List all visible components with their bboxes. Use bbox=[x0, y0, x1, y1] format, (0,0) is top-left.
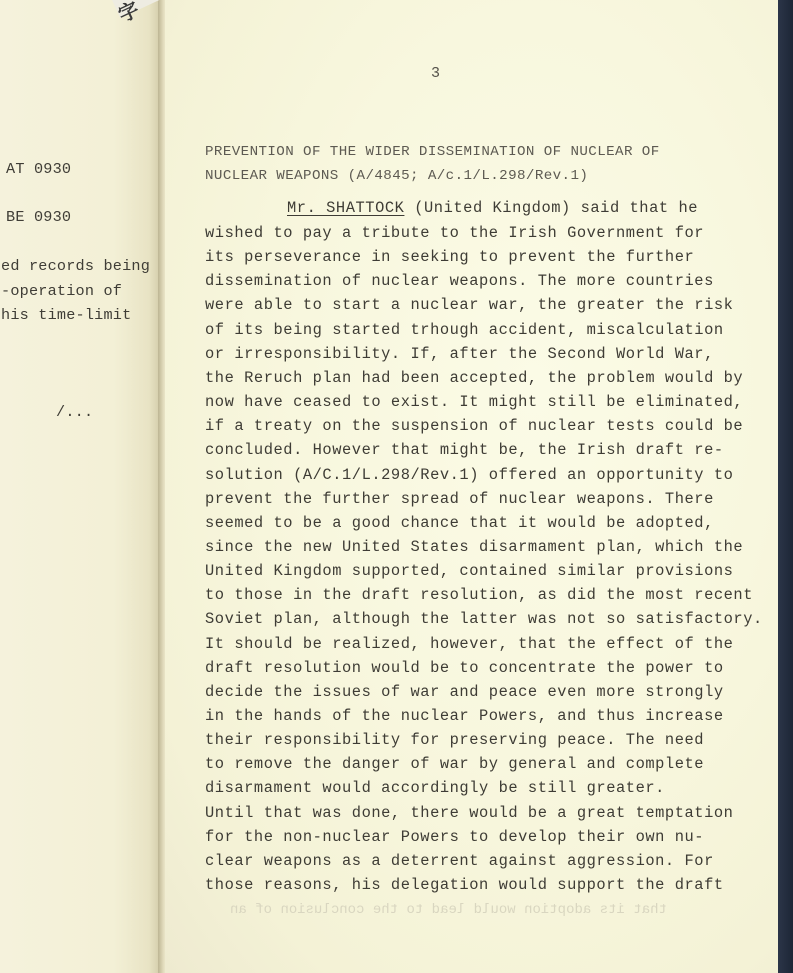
agenda-heading-line: NUCLEAR WEAPONS (A/4845; A/c.1/L.298/Rev… bbox=[205, 168, 588, 184]
body-text-line: for the non-nuclear Powers to develop th… bbox=[205, 828, 704, 846]
body-text-line: prevent the further spread of nuclear we… bbox=[205, 490, 714, 508]
body-text-line: its perseverance in seeking to prevent t… bbox=[205, 248, 694, 266]
page-number: 3 bbox=[431, 65, 440, 82]
speech-opening-text: (United Kingdom) said that he bbox=[404, 199, 698, 217]
body-text-line: draft resolution would be to concentrate… bbox=[205, 659, 724, 677]
left-page-line: his time-limit bbox=[1, 306, 131, 324]
body-text-line: wished to pay a tribute to the Irish Gov… bbox=[205, 224, 704, 242]
body-text-line: decide the issues of war and peace even … bbox=[205, 683, 724, 701]
body-text-line: solution (A/C.1/L.298/Rev.1) offered an … bbox=[205, 466, 733, 484]
body-text-line: those reasons, his delegation would supp… bbox=[205, 876, 724, 894]
left-page-line: BE 0930 bbox=[6, 208, 71, 226]
body-text-line: since the new United States disarmament … bbox=[205, 538, 743, 556]
body-text-line: if a treaty on the suspension of nuclear… bbox=[205, 417, 743, 435]
body-text-line: the Reruch plan had been accepted, the p… bbox=[205, 369, 743, 387]
body-text-line: United Kingdom supported, contained simi… bbox=[205, 562, 733, 580]
body-text-line: dissemination of nuclear weapons. The mo… bbox=[205, 272, 714, 290]
body-text-line: Soviet plan, although the latter was not… bbox=[205, 610, 763, 628]
continuation-mark: /... bbox=[56, 403, 93, 421]
left-page-line: AT 0930 bbox=[6, 160, 71, 178]
body-text-line: to remove the danger of war by general a… bbox=[205, 755, 704, 773]
scanner-background-edge bbox=[778, 0, 793, 973]
agenda-heading-line: PREVENTION OF THE WIDER DISSEMINATION OF… bbox=[205, 144, 660, 160]
body-text-line: were able to start a nuclear war, the gr… bbox=[205, 296, 733, 314]
speaker-name: Mr. SHATTOCK bbox=[287, 199, 404, 217]
body-text-line: seemed to be a good chance that it would… bbox=[205, 514, 714, 532]
body-text-line: Until that was done, there would be a gr… bbox=[205, 804, 733, 822]
body-text-line: their responsibility for preserving peac… bbox=[205, 731, 704, 749]
body-text-line: clear weapons as a deterrent against agg… bbox=[205, 852, 714, 870]
bleed-through-text: that its adoption would lead to the conc… bbox=[230, 902, 667, 918]
body-text-line: disarmament would accordingly be still g… bbox=[205, 779, 665, 797]
left-page bbox=[0, 0, 162, 973]
left-page-line: -operation of bbox=[1, 282, 122, 300]
body-text-line: to those in the draft resolution, as did… bbox=[205, 586, 753, 604]
body-text-line: now have ceased to exist. It might still… bbox=[205, 393, 743, 411]
speech-opening-line: Mr. SHATTOCK (United Kingdom) said that … bbox=[287, 199, 698, 217]
body-text-line: in the hands of the nuclear Powers, and … bbox=[205, 707, 724, 725]
body-text-line: concluded. However that might be, the Ir… bbox=[205, 441, 724, 459]
body-text-line: It should be realized, however, that the… bbox=[205, 635, 733, 653]
left-page-line: ed records being bbox=[1, 257, 150, 275]
body-text-line: or irresponsibility. If, after the Secon… bbox=[205, 345, 714, 363]
body-text-line: of its being started trhough accident, m… bbox=[205, 321, 724, 339]
